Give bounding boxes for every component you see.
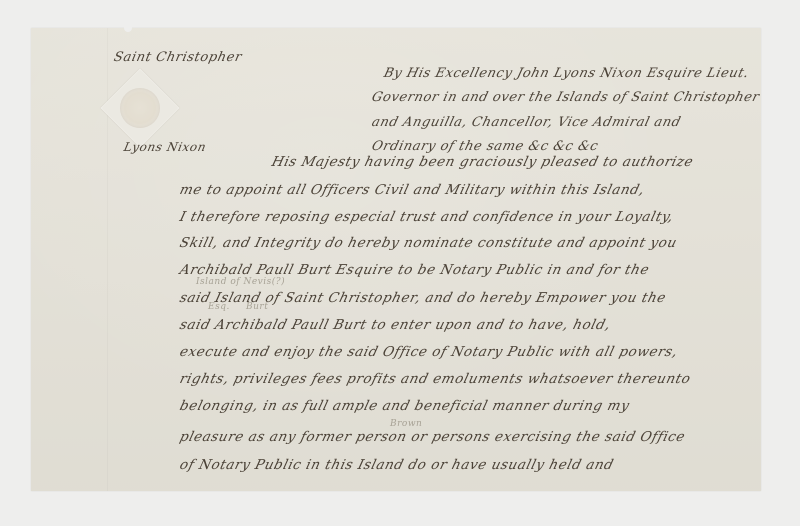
body-line: me to appoint all Officers Civil and Mil…	[178, 182, 646, 198]
body-line: rights, privileges fees profits and emol…	[178, 371, 692, 387]
header-line: By His Excellency John Lyons Nixon Esqui…	[382, 66, 751, 81]
body-line: of Notary Public in this Island do or ha…	[178, 457, 616, 473]
header-line: and Anguilla, Chancellor, Vice Admiral a…	[370, 115, 682, 130]
pencil-annotation: Brown	[390, 419, 422, 429]
place-heading: Saint Christopher	[112, 50, 243, 65]
header-line: Governor in and over the Islands of Sain…	[370, 90, 761, 105]
image-viewer-canvas: Saint Christopher Lyons Nixon By His Exc…	[0, 0, 800, 526]
body-line: pleasure as any former person or persons…	[178, 429, 687, 445]
header-line: Ordinary of the same &c &c &c	[370, 139, 600, 154]
seal-impression	[112, 80, 169, 137]
paper-fold-line	[107, 28, 108, 491]
body-line: Archibald Paull Burt Esquire to be Notar…	[178, 262, 651, 278]
pencil-annotation: Esq.	[208, 302, 230, 312]
pencil-annotation: Burt	[246, 302, 268, 312]
body-line: belonging, in as full ample and benefici…	[178, 398, 631, 414]
body-line: I therefore reposing especial trust and …	[178, 209, 675, 225]
paper-notch	[124, 26, 132, 32]
pencil-annotation: Island of Nevis(?)	[196, 277, 285, 287]
governor-signature: Lyons Nixon	[123, 140, 208, 154]
body-line: said Archibald Paull Burt to enter upon …	[178, 317, 612, 333]
body-line: His Majesty having been graciously pleas…	[270, 154, 695, 170]
body-line: Skill, and Integrity do hereby nominate …	[178, 235, 679, 251]
body-line: execute and enjoy the said Office of Not…	[178, 344, 680, 360]
